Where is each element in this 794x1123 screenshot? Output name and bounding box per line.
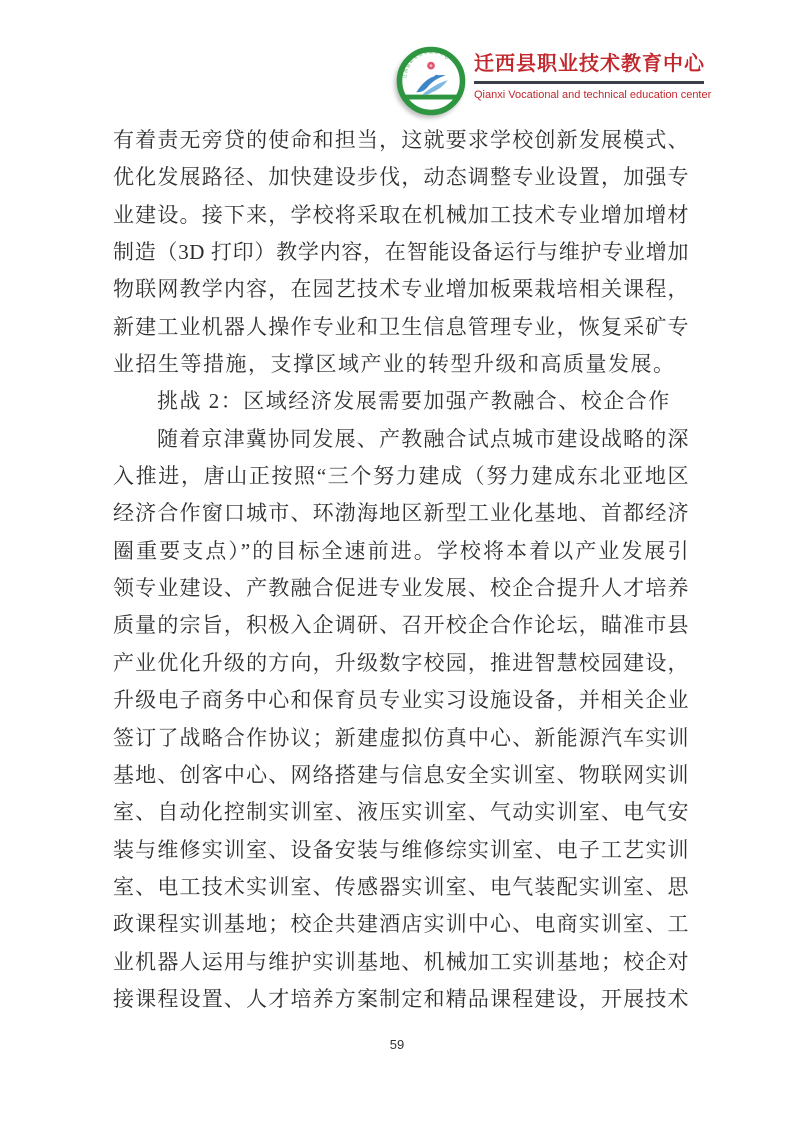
school-logo-emblem-icon: 迁西县职业技术教育中心: [396, 46, 466, 116]
text-line: 有着责无旁贷的使命和担当，这就要求学校创新发展模式、: [113, 122, 689, 159]
text-line: 挑战 2：区域经济发展需要加强产教融合、校企合作: [113, 383, 689, 420]
document-page: 迁西县职业技术教育中心 迁西县职业技术教育中心 Qianxi Vocationa…: [0, 0, 794, 1123]
text-line: 产业优化升级的方向，升级数字校园，推进智慧校园建设，: [113, 645, 689, 682]
text-line: 物联网教学内容，在园艺技术专业增加板栗栽培相关课程，: [113, 271, 689, 308]
text-line: 优化发展路径、加快建设步伐，动态调整专业设置，加强专: [113, 159, 689, 196]
text-line: 领专业建设、产教融合促进专业发展、校企合提升人才培养: [113, 570, 689, 607]
text-line: 新建工业机器人操作专业和卫生信息管理专业，恢复采矿专: [113, 309, 689, 346]
text-line: 业招生等措施，支撑区域产业的转型升级和高质量发展。: [113, 346, 689, 383]
text-line: 入推进，唐山正按照“三个努力建成（努力建成东北亚地区: [113, 458, 689, 495]
text-line: 制造（3D 打印）教学内容，在智能设备运行与维护专业增加: [113, 234, 689, 271]
org-title-en: Qianxi Vocational and technical educatio…: [474, 88, 704, 102]
text-line: 随着京津冀协同发展、产教融合试点城市建设战略的深: [113, 421, 689, 458]
document-body: 有着责无旁贷的使命和担当，这就要求学校创新发展模式、优化发展路径、加快建设步伐，…: [113, 122, 689, 1018]
text-line: 签订了战略合作协议；新建虚拟仿真中心、新能源汽车实训: [113, 720, 689, 757]
header-title-block: 迁西县职业技术教育中心 Qianxi Vocational and techni…: [474, 51, 704, 102]
text-line: 装与维修实训室、设备安装与维修综实训室、电子工艺实训: [113, 832, 689, 869]
text-line: 质量的宗旨，积极入企调研、召开校企合作论坛，瞄准市县: [113, 607, 689, 644]
text-line: 室、自动化控制实训室、液压实训室、气动实训室、电气安: [113, 794, 689, 831]
text-line: 基地、创客中心、网络搭建与信息安全实训室、物联网实训: [113, 757, 689, 794]
text-line: 室、电工技术实训室、传感器实训室、电气装配实训室、思: [113, 869, 689, 906]
page-number: 59: [0, 1037, 794, 1052]
org-title-zh: 迁西县职业技术教育中心: [474, 51, 704, 77]
text-line: 经济合作窗口城市、环渤海地区新型工业化基地、首都经济: [113, 495, 689, 532]
text-line: 圈重要支点）”的目标全速前进。学校将本着以产业发展引: [113, 533, 689, 570]
text-line: 政课程实训基地；校企共建酒店实训中心、电商实训室、工: [113, 906, 689, 943]
text-line: 业建设。接下来，学校将采取在机械加工技术专业增加增材: [113, 197, 689, 234]
text-line: 业机器人运用与维护实训基地、机械加工实训基地；校企对: [113, 944, 689, 981]
text-line: 接课程设置、人才培养方案制定和精品课程建设，开展技术: [113, 981, 689, 1018]
text-line: 升级电子商务中心和保育员专业实习设施设备，并相关企业: [113, 682, 689, 719]
title-divider: [474, 81, 704, 84]
